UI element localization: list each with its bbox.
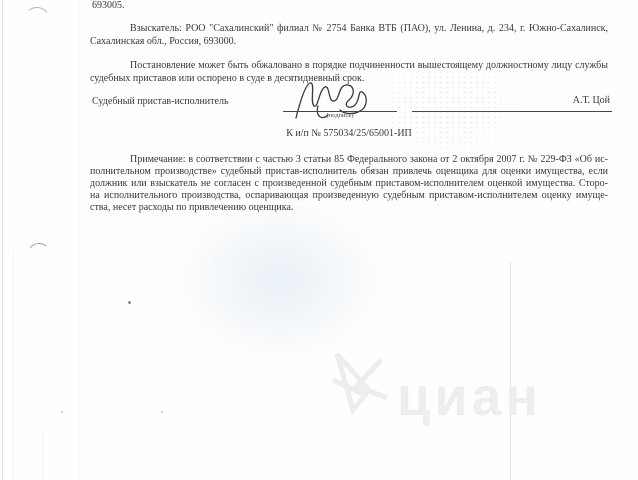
paragraph-line: Сахалинская обл., Россия, 693000. <box>90 36 608 48</box>
postal-code: 693005. <box>92 0 125 12</box>
scan-edge-line <box>2 0 3 480</box>
paragraph-line: Постановление может быть обжаловано в по… <box>90 60 608 72</box>
signature-caption: (подпись) <box>283 112 397 120</box>
scan-tint <box>170 195 390 365</box>
scan-speck <box>61 411 63 413</box>
paragraph-line: на исполнительного производства, оспарив… <box>90 190 608 202</box>
paragraph-line: Взыскатель: РОО "Сахалинский" филиал № 2… <box>90 23 608 35</box>
cian-watermark-text: циан <box>397 366 542 428</box>
scan-speck <box>128 301 131 304</box>
signer-name: А.Т. Цой <box>412 95 610 106</box>
paragraph-line: Примечание: в соответствии с частью 3 ст… <box>90 154 608 166</box>
case-reference: К и/п № 575034/25/65001-ИП <box>90 128 608 140</box>
hole-punch-mark <box>22 5 51 34</box>
scan-artifact-line <box>13 250 14 480</box>
paragraph-line: полнительном производстве» судебный прис… <box>90 166 608 178</box>
scan-artifact-line <box>42 428 43 480</box>
scanned-document-page: циан 693005. Взыскатель: РОО "Сахалински… <box>0 0 638 480</box>
hole-punch-mark <box>26 242 52 268</box>
paragraph-line: должник или взыскатель не согласен с про… <box>90 178 608 190</box>
signer-role-label: Судебный пристав-исполнитель <box>92 96 229 108</box>
name-line <box>412 111 612 112</box>
scan-speck <box>161 411 163 413</box>
scan-artifact-line <box>78 0 79 480</box>
paragraph-line: ства, несет расходы по привлечению оценщ… <box>90 202 608 214</box>
cian-watermark-logo <box>323 346 403 424</box>
